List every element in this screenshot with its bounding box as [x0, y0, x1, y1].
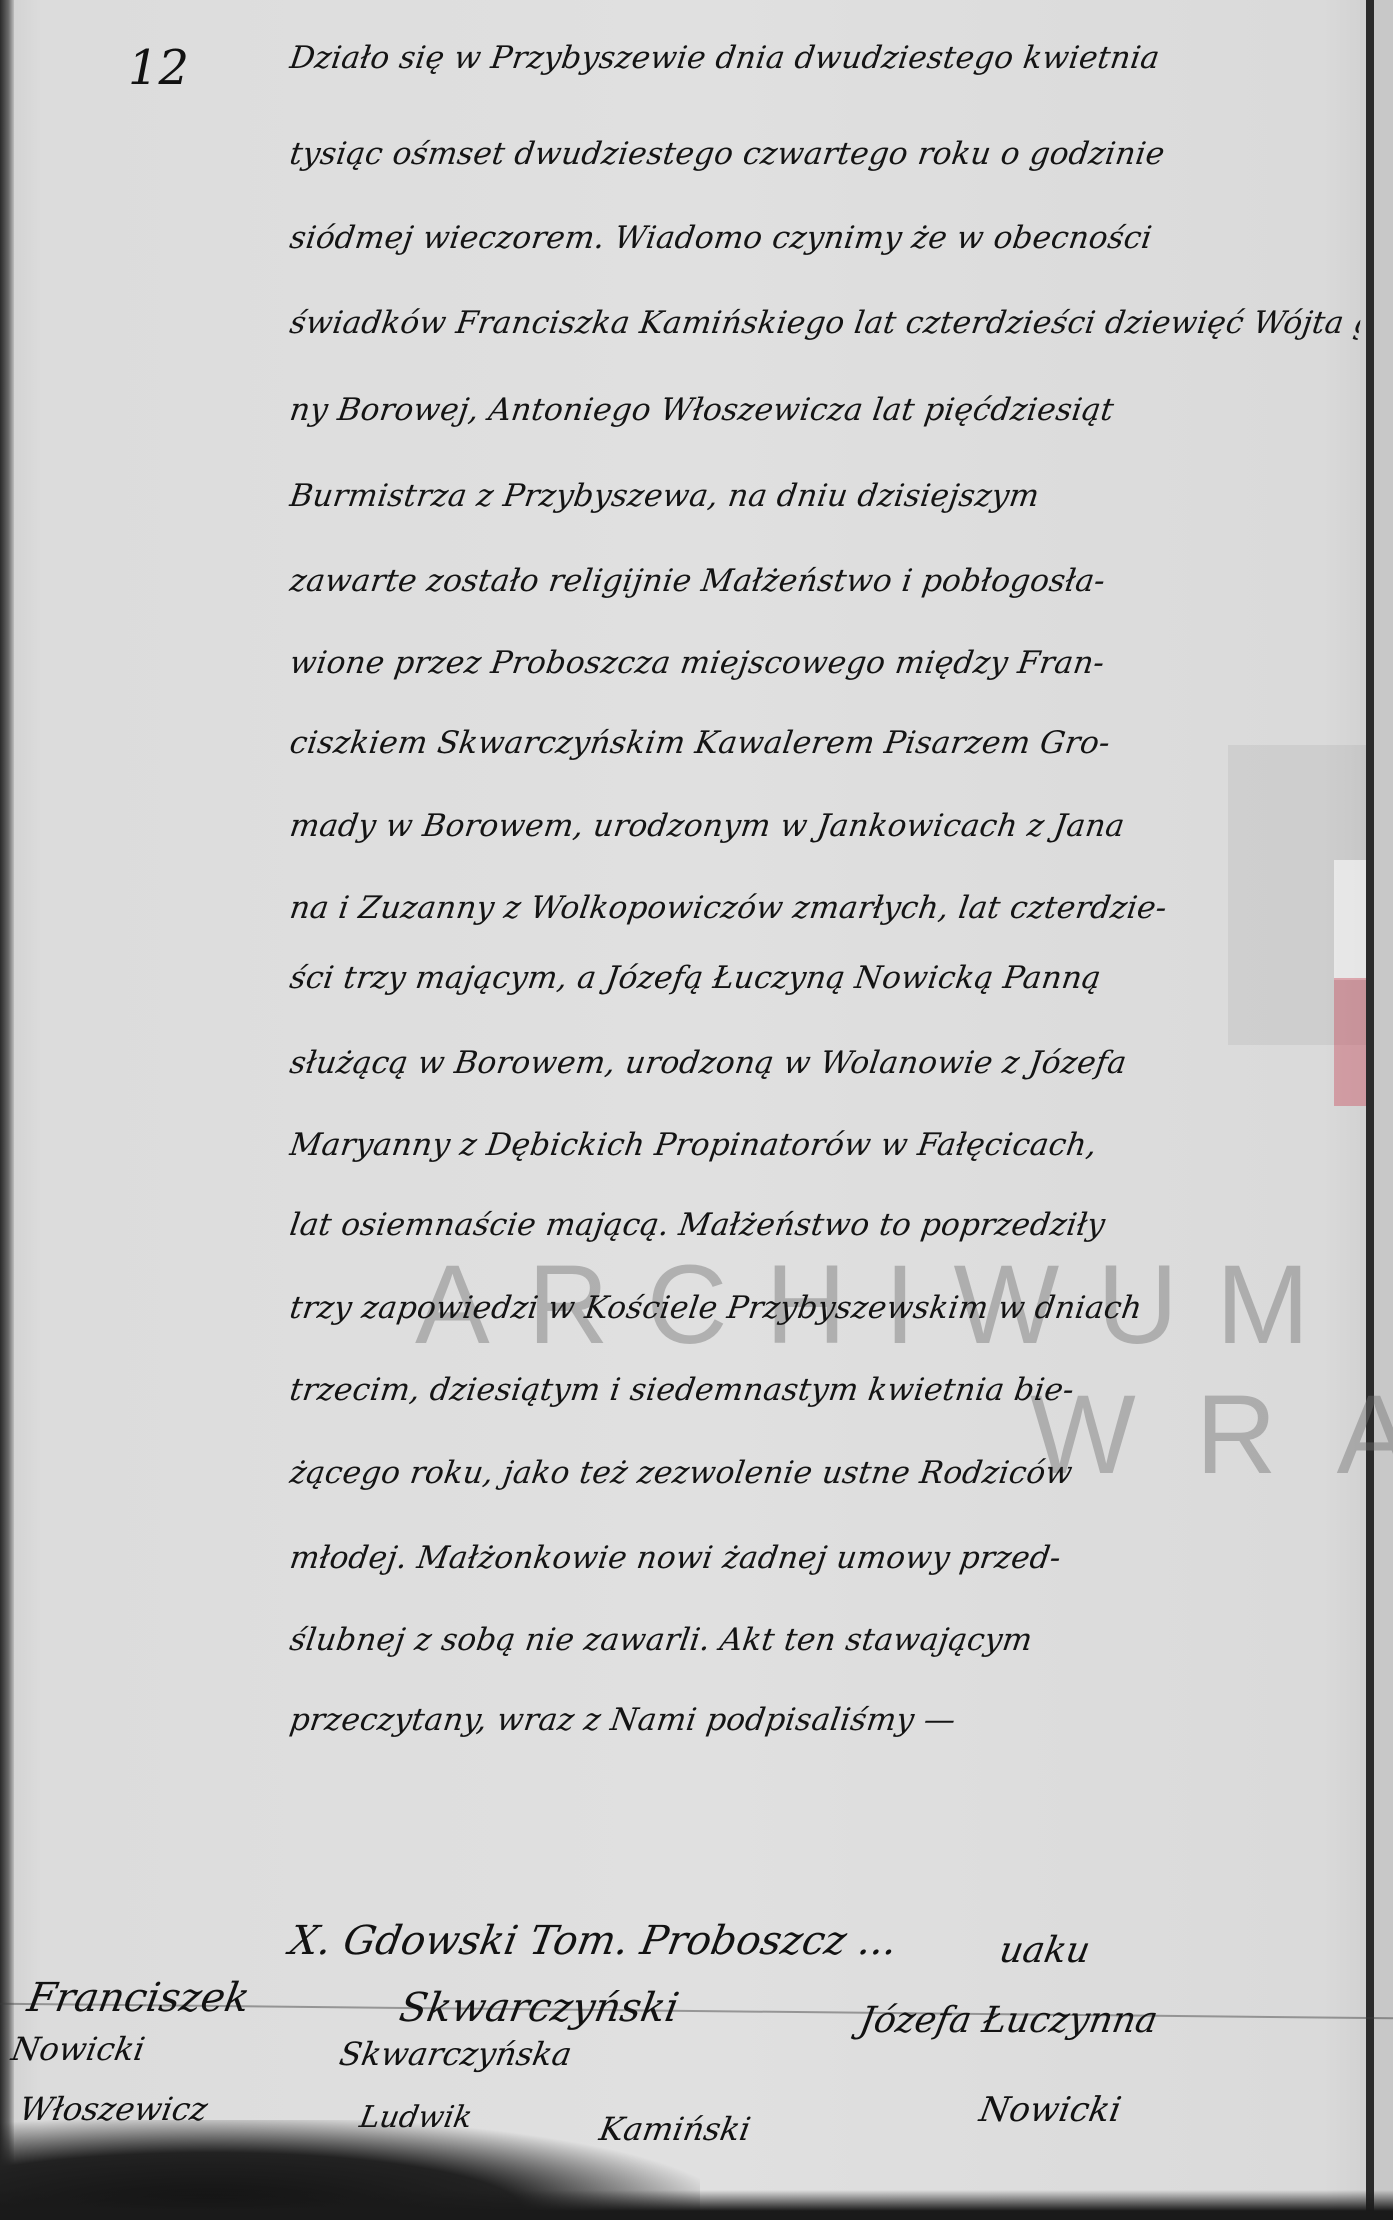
page-right-margin [1374, 0, 1393, 2220]
signature-priest-suffix: uaku [996, 1930, 1093, 1971]
body-line: Burmistrza z Przybyszewa, na dniu dzisie… [287, 478, 1362, 514]
page-right-rule [1366, 0, 1374, 2220]
body-line: młodej. Małżonkowie nowi żadnej umowy pr… [287, 1540, 1362, 1576]
entry-number: 12 [128, 40, 189, 96]
signature-nowicki: Nowicki [976, 2090, 1124, 2130]
scan-bottom-shadow [0, 2190, 1393, 2220]
body-line: Maryanny z Dębickich Propinatorów w Fałę… [287, 1127, 1362, 1163]
signature-groom-last: Skwarczyński [396, 1985, 682, 2031]
signature-bride: Józefa Łuczynna [856, 2000, 1160, 2041]
body-line: lat osiemnaście mającą. Małżeństwo to po… [287, 1207, 1362, 1243]
body-line: ści trzy mającym, a Józefą Łuczyną Nowic… [287, 960, 1362, 996]
body-line: świadków Franciszka Kamińskiego lat czte… [287, 305, 1362, 341]
signature-groom-second-line: Skwarczyńska [337, 2035, 575, 2073]
body-line: ciszkiem Skwarczyńskim Kawalerem Pisarze… [287, 725, 1362, 761]
body-line: na i Zuzanny z Wolkopowiczów zmarłych, l… [287, 890, 1362, 926]
body-line: Działo się w Przybyszewie dnia dwudziest… [287, 40, 1362, 76]
body-line: przeczytany, wraz z Nami podpisaliśmy — [287, 1702, 1362, 1738]
signature-priest: X. Gdowski Tom. Proboszcz ... [286, 1918, 901, 1964]
body-line: trzy zapowiedzi w Kościele Przybyszewski… [287, 1290, 1362, 1326]
body-line: żącego roku, jako też zezwolenie ustne R… [287, 1455, 1362, 1491]
signature-witness-left-1: Nowicki [9, 2030, 148, 2068]
page-left-edge [0, 0, 14, 2220]
body-line: służącą w Borowem, urodzoną w Wolanowie … [287, 1045, 1362, 1081]
body-line: tysiąc ośmset dwudziestego czwartego rok… [287, 136, 1362, 172]
body-line: zawarte zostało religijnie Małżeństwo i … [287, 563, 1362, 599]
body-line: ślubnej z sobą nie zawarli. Akt ten staw… [287, 1622, 1362, 1658]
body-line: wione przez Proboszcza miejscowego międz… [287, 645, 1362, 681]
body-line: ny Borowej, Antoniego Włoszewicza lat pi… [287, 392, 1362, 428]
body-line: trzecim, dziesiątym i siedemnastym kwiet… [287, 1372, 1362, 1408]
signature-groom-first: Franciszek [24, 1975, 253, 2021]
body-line: mady w Borowem, urodzonym w Jankowicach … [287, 808, 1362, 844]
body-line: siódmej wieczorem. Wiadomo czynimy że w … [287, 220, 1362, 256]
